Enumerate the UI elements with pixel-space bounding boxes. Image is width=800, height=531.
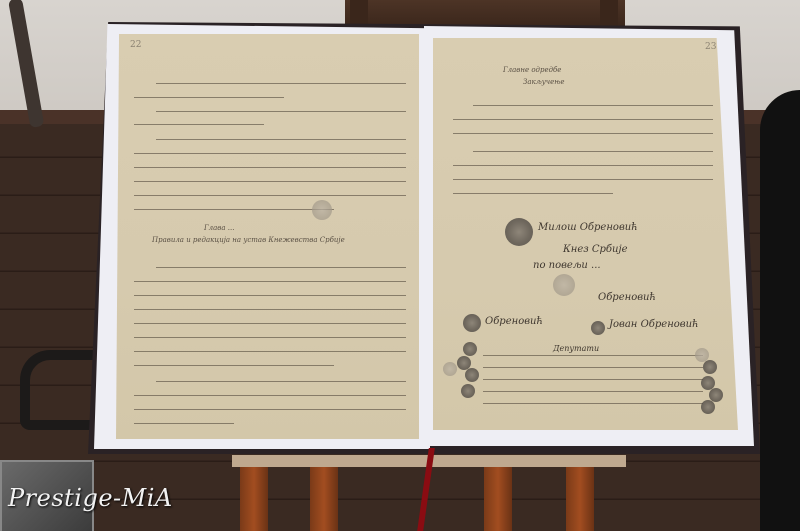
- signature: Јован Обреновић: [609, 319, 699, 330]
- handwriting-line: [156, 110, 406, 112]
- handwriting-line: [134, 322, 406, 324]
- handwriting-line: [134, 408, 406, 410]
- handwriting-line: [134, 336, 406, 338]
- handwriting-line: [134, 422, 234, 424]
- wax-seal: [701, 400, 715, 414]
- signature: Обреновић: [598, 292, 656, 303]
- right-page-heading-2: Закључење: [523, 78, 565, 86]
- stand-leg: [240, 467, 268, 531]
- left-page: 22 Глава ... Правила и редакција на уста…: [116, 34, 419, 439]
- handwriting-line: [453, 164, 713, 166]
- handwriting-line: [156, 380, 406, 382]
- wax-seal: [463, 314, 481, 332]
- handwriting-line: [134, 123, 264, 125]
- handwriting-line: [483, 378, 703, 380]
- handwriting-line: [134, 350, 406, 352]
- left-page-number: 22: [130, 40, 141, 50]
- wax-seal: [703, 360, 717, 374]
- wax-seal: [591, 321, 605, 335]
- stand-leg: [484, 467, 512, 531]
- left-page-heading: Глава ...: [204, 224, 234, 232]
- right-page-number: 23: [705, 42, 716, 52]
- open-book: 22 Глава ... Правила и редакција на уста…: [88, 22, 760, 454]
- faded-seal: [443, 362, 457, 376]
- handwriting-line: [134, 208, 334, 210]
- handwriting-line: [156, 266, 406, 268]
- handwriting-line: [483, 354, 703, 356]
- handwriting-line: [453, 178, 713, 180]
- handwriting-line: [134, 364, 334, 366]
- faded-seal: [553, 274, 575, 296]
- right-page-heading-1: Главне одредбе: [503, 66, 561, 74]
- handwriting-line: [483, 390, 703, 392]
- handwriting-line: [134, 96, 284, 98]
- stand-leg: [566, 467, 594, 531]
- wax-seal: [461, 384, 475, 398]
- wax-seal: [505, 218, 533, 246]
- handwriting-line: [473, 150, 713, 152]
- handwriting-line: [134, 280, 406, 282]
- wax-seal: [465, 368, 479, 382]
- faded-seal: [312, 200, 332, 220]
- signature: Кнез Србије: [563, 244, 628, 255]
- handwriting-line: [473, 104, 713, 106]
- signature: по повељи ...: [533, 260, 601, 271]
- handwriting-line: [134, 180, 406, 182]
- watermark: Prestige-MiA: [8, 484, 173, 512]
- handwriting-line: [156, 138, 406, 140]
- handwriting-line: [134, 294, 406, 296]
- wax-seal: [463, 342, 477, 356]
- right-page: 23 Главне одредбе Закључење Милош Обрено…: [433, 38, 738, 430]
- handwriting-line: [134, 194, 406, 196]
- deputies-label: Депутати: [553, 344, 599, 353]
- handwriting-line: [453, 132, 713, 134]
- handwriting-line: [134, 152, 406, 154]
- handwriting-line: [453, 192, 613, 194]
- stand-leg: [310, 467, 338, 531]
- left-page-subheading: Правила и редакција на устав Кнежевства …: [152, 236, 345, 244]
- signature: Обреновић: [485, 316, 543, 327]
- person-silhouette: [760, 90, 800, 531]
- handwriting-line: [156, 82, 406, 84]
- handwriting-line: [483, 366, 703, 368]
- handwriting-line: [134, 394, 406, 396]
- handwriting-line: [483, 402, 703, 404]
- handwriting-line: [134, 166, 406, 168]
- handwriting-line: [453, 118, 713, 120]
- signature: Милош Обреновић: [538, 222, 638, 233]
- handwriting-line: [134, 308, 406, 310]
